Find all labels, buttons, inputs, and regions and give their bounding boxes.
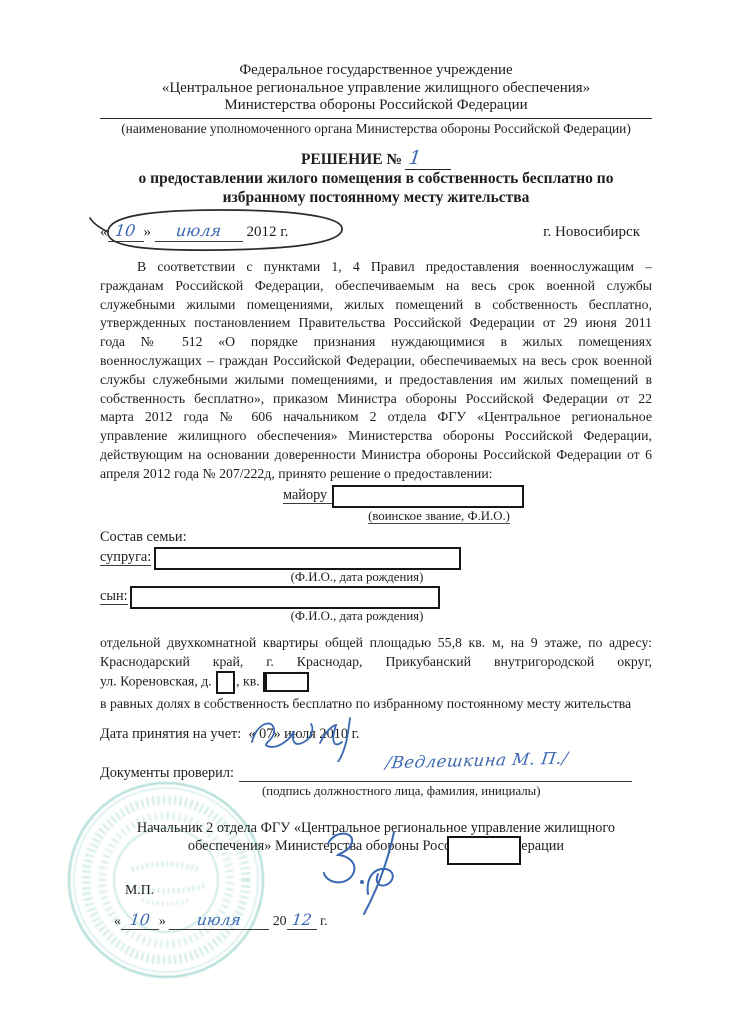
apartment-line: отдельной двухкомнатной квартиры общей п… bbox=[100, 633, 652, 652]
house-number-redaction-box bbox=[216, 671, 235, 694]
son-redaction-box bbox=[130, 586, 440, 609]
paragraph-line: действующим на основании доверенности Ми… bbox=[100, 446, 652, 465]
org-name-line3: Министерства обороны Российской Федераци… bbox=[100, 97, 652, 115]
apartment-label: , кв. bbox=[236, 673, 260, 688]
shares-line: в равных долях в собственность бесплатно… bbox=[100, 694, 652, 713]
decision-title-line: РЕШЕНИЕ №1 bbox=[100, 149, 652, 171]
apartment-paragraph: отдельной двухкомнатной квартиры общей п… bbox=[100, 633, 652, 671]
rank-caption-text: (воинское звание, Ф.И.О.) bbox=[368, 509, 510, 524]
paragraph-line: собственность бесплатно», приказом Минис… bbox=[100, 390, 652, 409]
org-name-line1: Федеральное государственное учреждение bbox=[100, 62, 652, 80]
verify-label: Документы проверил: bbox=[100, 765, 234, 782]
printed-year-prefix: 20 bbox=[273, 913, 287, 928]
street-label: ул. Кореновская, д. bbox=[100, 673, 212, 688]
org-header: Федеральное государственное учреждение «… bbox=[100, 62, 652, 115]
paragraph-line: служебными жилыми помещениями, жилых пом… bbox=[100, 296, 652, 315]
quote-close: » bbox=[159, 913, 166, 928]
spouse-label: супруга: bbox=[100, 549, 151, 566]
org-name-line2: «Центральное региональное управление жил… bbox=[100, 80, 652, 98]
son-line: сын: bbox=[100, 586, 652, 609]
paragraph-line: службы служебными жилыми помещениями, и … bbox=[100, 371, 652, 390]
handwritten-month: июля bbox=[196, 911, 242, 929]
scanned-decision-document: Федеральное государственное учреждение «… bbox=[0, 0, 744, 1024]
decision-title: РЕШЕНИЕ № bbox=[301, 151, 402, 168]
quote-open: « bbox=[114, 913, 121, 928]
street-line: ул. Кореновская, д. , кв. bbox=[100, 671, 652, 694]
paragraph-line: военнослужащих – граждан Российской Феде… bbox=[100, 352, 652, 371]
apartment-line: Краснодарский край, г. Краснодар, Прикуб… bbox=[100, 652, 652, 671]
signatory-name-redaction-box bbox=[447, 836, 521, 865]
son-caption: (Ф.И.О., дата рождения) bbox=[252, 609, 462, 624]
paragraph-line: В соответствии с пунктами 1, 4 Правил пр… bbox=[100, 258, 652, 277]
handwritten-day: 10 bbox=[129, 911, 151, 929]
title-block: РЕШЕНИЕ №1 о предоставлении жилого помещ… bbox=[100, 149, 652, 208]
header-rule bbox=[100, 118, 652, 119]
org-caption: (наименование уполномоченного органа Мин… bbox=[100, 121, 652, 137]
paragraph-line: апреля 2012 года № 207/222д, принято реш… bbox=[100, 465, 652, 484]
verify-caption: (подпись должностного лица, фамилия, ини… bbox=[262, 784, 652, 799]
day-slot: 10 bbox=[121, 911, 159, 930]
apartment-number-redaction-box bbox=[263, 672, 309, 692]
rank-redaction-box bbox=[332, 485, 524, 508]
paragraph-line: управление жилищного обеспечения» Минист… bbox=[100, 427, 652, 446]
paragraph-line: гражданам Российской Федерации, обеспечи… bbox=[100, 277, 652, 296]
spouse-caption: (Ф.И.О., дата рождения) bbox=[252, 570, 462, 585]
family-heading: Состав семьи: bbox=[100, 529, 652, 546]
month-slot: июля bbox=[169, 911, 269, 930]
spouse-redaction-box bbox=[154, 547, 461, 570]
signature-flourish bbox=[302, 822, 412, 917]
recipient-line: майору bbox=[100, 485, 652, 508]
son-label: сын: bbox=[100, 588, 128, 605]
hand-drawn-oval bbox=[88, 205, 352, 255]
verifier-signature bbox=[246, 712, 396, 762]
handwritten-verifier-name: /Ведлешкина М. П./ bbox=[384, 748, 569, 772]
paragraph-line: утвержденных постановлением Правительств… bbox=[100, 314, 652, 333]
spouse-line: супруга: bbox=[100, 547, 652, 570]
city-label: г. Новосибирск bbox=[543, 224, 652, 241]
rank-caption: (воинское звание, Ф.И.О.) bbox=[350, 509, 528, 524]
document-content: Федеральное государственное учреждение «… bbox=[100, 62, 652, 930]
rank-label: майору bbox=[283, 487, 332, 504]
paragraph-line: года № 512 «О порядке признания нуждающи… bbox=[100, 333, 652, 352]
handwritten-decision-number: 1 bbox=[404, 149, 422, 168]
paragraph-line: марта 2012 года № 606 начальником 2 отде… bbox=[100, 408, 652, 427]
decision-subject-line1: о предоставлении жилого помещения в собс… bbox=[100, 170, 652, 189]
decision-number-slot: 1 bbox=[405, 149, 451, 171]
main-paragraph: В соответствии с пунктами 1, 4 Правил пр… bbox=[100, 258, 652, 484]
